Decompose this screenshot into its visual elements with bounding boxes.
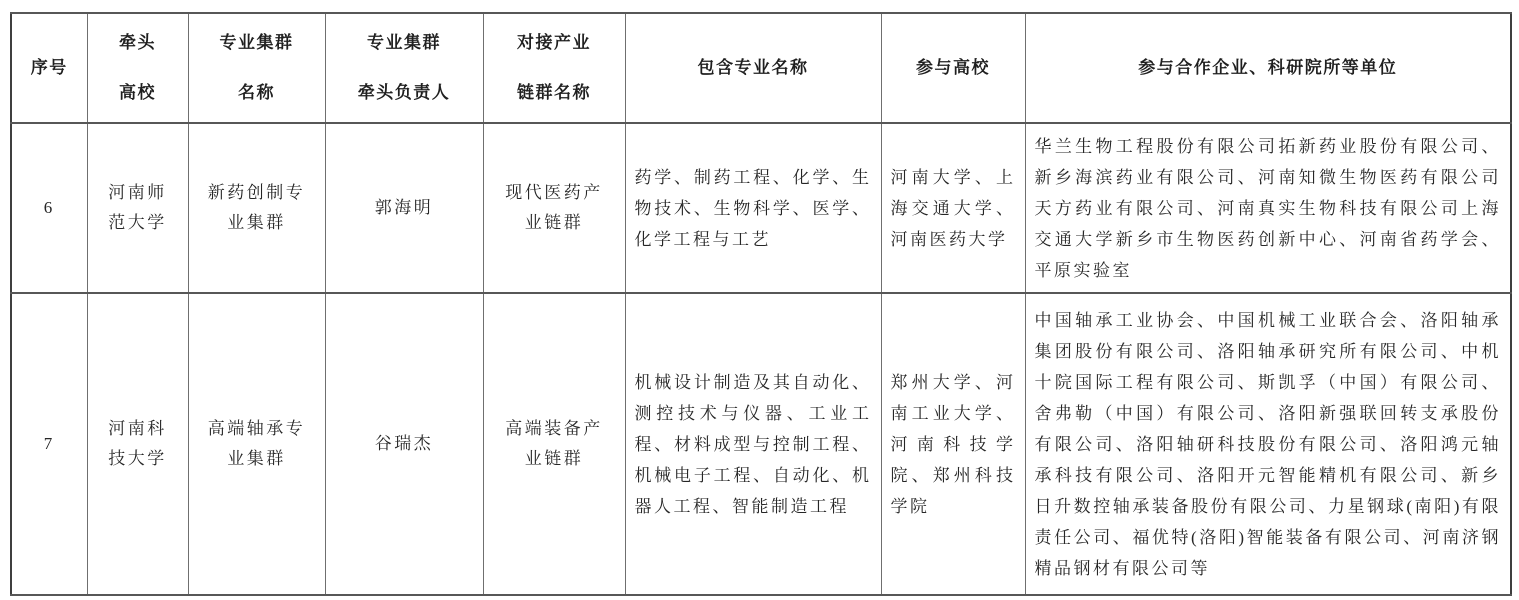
- cell-participating-universities: 河南大学、上海交通大学、河南医药大学: [881, 123, 1025, 293]
- header-partners: 参与合作企业、科研院所等单位: [1025, 13, 1511, 123]
- header-majors: 包含专业名称: [625, 13, 881, 123]
- cell-cluster-leader: 谷瑞杰: [325, 293, 483, 595]
- cell-partners: 华兰生物工程股份有限公司拓新药业股份有限公司、新乡海滨药业有限公司、河南知微生物…: [1025, 123, 1511, 293]
- cell-partners: 中国轴承工业协会、中国机械工业联合会、洛阳轴承集团股份有限公司、洛阳轴承研究所有…: [1025, 293, 1511, 595]
- header-cluster-name: 专业集群 名称: [188, 13, 325, 123]
- cell-participating-universities: 郑州大学、河南工业大学、河南科技学院、郑州科技学院: [881, 293, 1025, 595]
- cell-cluster-leader: 郭海明: [325, 123, 483, 293]
- cell-industry-chain: 现代医药产业链群: [483, 123, 625, 293]
- cell-industry-chain: 高端装备产业链群: [483, 293, 625, 595]
- cell-majors: 机械设计制造及其自动化、测控技术与仪器、工业工程、材料成型与控制工程、机械电子工…: [625, 293, 881, 595]
- cell-majors: 药学、制药工程、化学、生物技术、生物科学、医学、化学工程与工艺: [625, 123, 881, 293]
- cell-cluster-name: 新药创制专业集群: [188, 123, 325, 293]
- table-row: 7 河南科技大学 高端轴承专业集群 谷瑞杰 高端装备产业链群 机械设计制造及其自…: [11, 293, 1511, 595]
- header-no: 序号: [11, 13, 87, 123]
- header-cluster-leader: 专业集群 牵头负责人: [325, 13, 483, 123]
- header-lead-university: 牵头 高校: [87, 13, 188, 123]
- cell-no: 7: [11, 293, 87, 595]
- cell-no: 6: [11, 123, 87, 293]
- header-row: 序号 牵头 高校 专业集群 名称 专业集群 牵头负责人 对接产业 链群名称 包含…: [11, 13, 1511, 123]
- cell-lead-university: 河南科技大学: [87, 293, 188, 595]
- table-row: 6 河南师范大学 新药创制专业集群 郭海明 现代医药产业链群 药学、制药工程、化…: [11, 123, 1511, 293]
- document-page: 序号 牵头 高校 专业集群 名称 专业集群 牵头负责人 对接产业 链群名称 包含…: [0, 0, 1519, 600]
- header-industry-chain: 对接产业 链群名称: [483, 13, 625, 123]
- header-participating-universities: 参与高校: [881, 13, 1025, 123]
- cell-lead-university: 河南师范大学: [87, 123, 188, 293]
- cluster-table: 序号 牵头 高校 专业集群 名称 专业集群 牵头负责人 对接产业 链群名称 包含…: [10, 12, 1512, 596]
- cell-cluster-name: 高端轴承专业集群: [188, 293, 325, 595]
